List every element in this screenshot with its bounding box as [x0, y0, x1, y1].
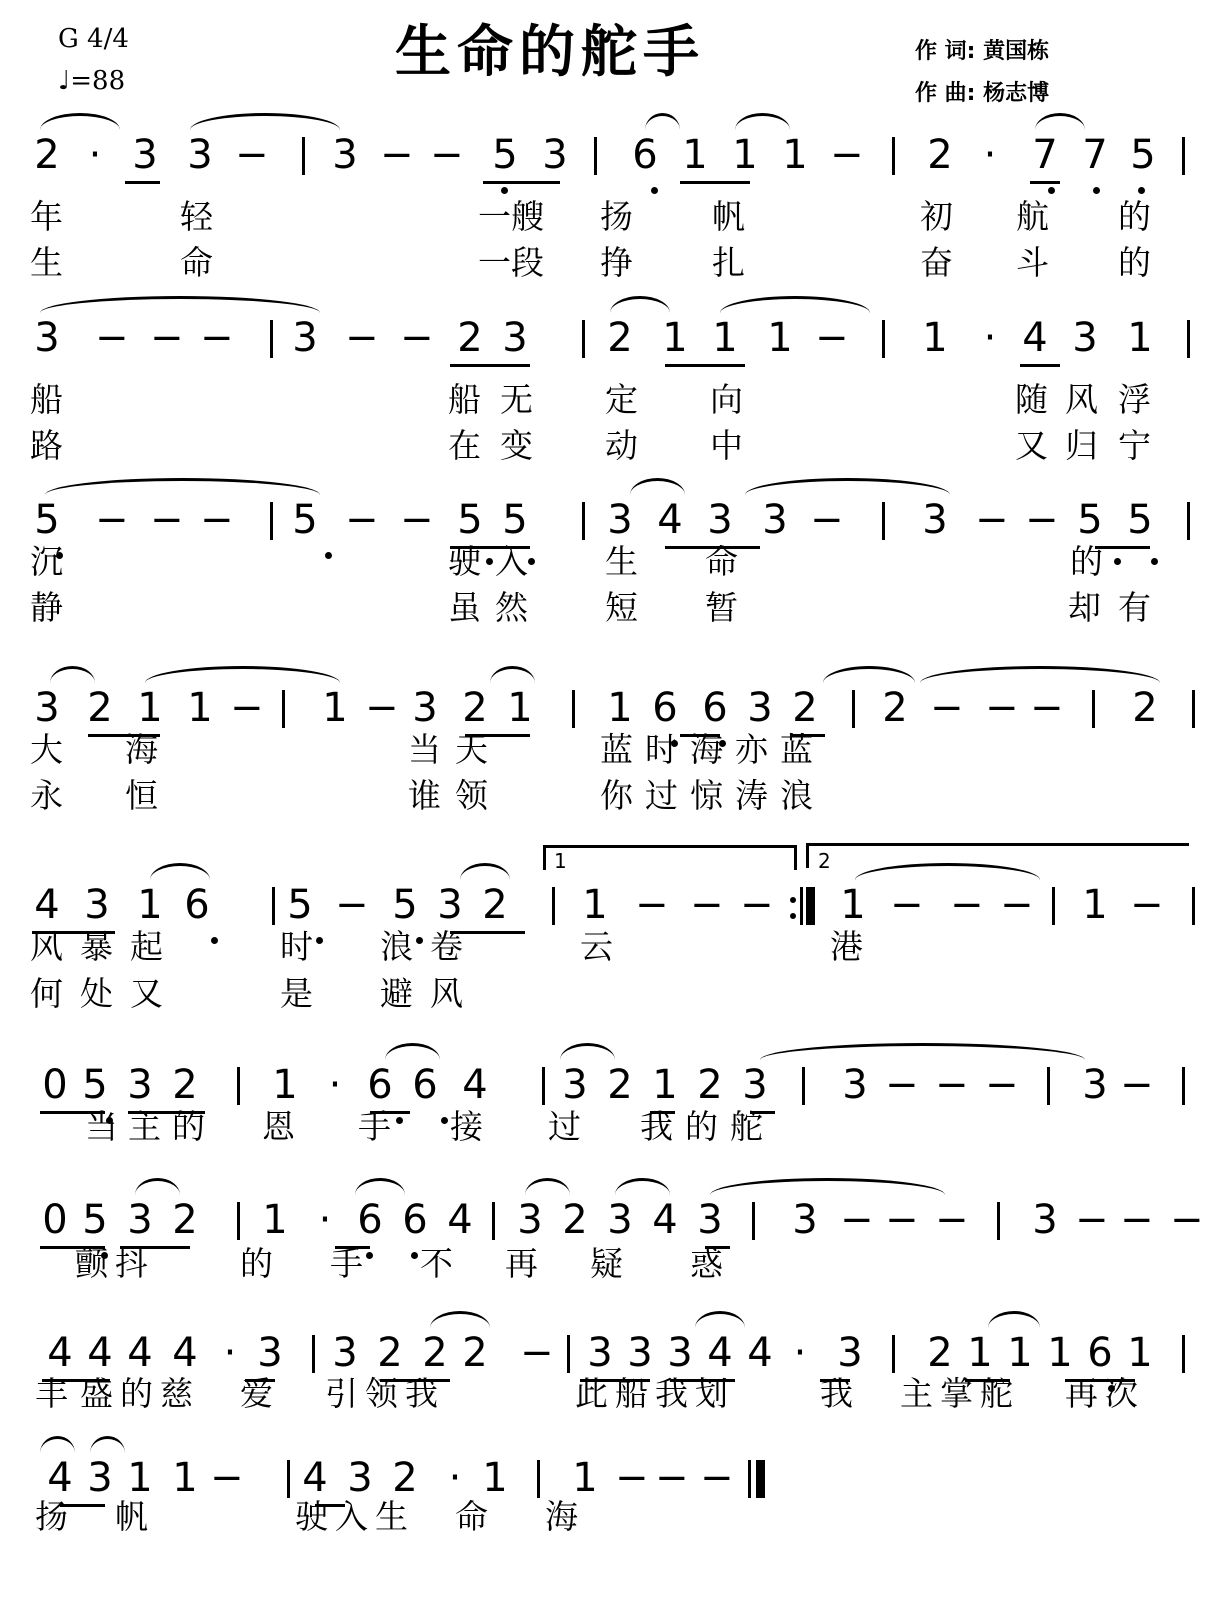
- lyric-syllable: 时: [280, 929, 313, 965]
- lyricist-credit: 作 词: 黄国栋: [915, 34, 1049, 65]
- volta-bracket-1: [543, 845, 797, 870]
- dash-extension: −: [520, 1333, 550, 1373]
- dash-extension: −: [1130, 885, 1160, 925]
- underline-beam: [483, 181, 560, 184]
- lyric-syllable: 沉: [30, 544, 63, 580]
- note: 3: [705, 500, 735, 540]
- slur-arc: [145, 666, 340, 683]
- lyric-syllable: 向: [710, 382, 743, 418]
- lyric-syllable: 引: [325, 1376, 358, 1412]
- note: 3: [82, 885, 112, 925]
- note: 2: [170, 1065, 200, 1105]
- note: 5: [1128, 135, 1158, 175]
- barline: [882, 502, 885, 540]
- lyric-syllable: 船: [30, 382, 63, 418]
- lyric-syllable-verse2: 何: [30, 976, 63, 1012]
- lyric-syllable-verse2: 命: [180, 245, 213, 281]
- slur-arc: [190, 113, 340, 130]
- lyric-syllable: 舵: [980, 1376, 1013, 1412]
- lower-octave-dot: [1048, 187, 1055, 194]
- note: 1: [320, 688, 350, 728]
- note: 6: [365, 1065, 395, 1105]
- barline: [1192, 887, 1195, 925]
- lyric-syllable: 亦: [735, 732, 768, 768]
- lyric-syllable: 命: [705, 544, 738, 580]
- key-signature: G 4/4: [58, 24, 129, 54]
- underline-beam: [1030, 181, 1060, 184]
- slur-arc: [460, 863, 510, 880]
- dash-extension: −: [1030, 688, 1060, 728]
- lyric-syllable-verse2: 的: [1118, 245, 1151, 281]
- note: 1: [660, 318, 690, 358]
- lyric-syllable: 我: [405, 1376, 438, 1412]
- barline: [302, 137, 305, 175]
- slur-arc: [710, 1178, 945, 1195]
- lyric-syllable: 随: [1015, 382, 1048, 418]
- lyric-syllable: 次: [1105, 1376, 1138, 1412]
- note: 3: [605, 500, 635, 540]
- note: 3: [625, 1333, 655, 1373]
- lyric-syllable: 海: [545, 1499, 578, 1535]
- note: 3: [515, 1200, 545, 1240]
- note: 2: [460, 688, 490, 728]
- note: 1: [505, 688, 535, 728]
- lower-octave-dot: [396, 1117, 403, 1124]
- note: 7: [1080, 135, 1110, 175]
- note: 4: [45, 1333, 75, 1373]
- note: 3: [585, 1333, 615, 1373]
- note: 6: [1085, 1333, 1115, 1373]
- lyric-syllable: 年: [30, 199, 63, 235]
- lyric-syllable: 蓝: [780, 732, 813, 768]
- lyric-syllable: 主: [128, 1109, 161, 1145]
- lyric-syllable-verse2: 奋: [920, 245, 953, 281]
- lyric-syllable: 驶: [448, 544, 481, 580]
- barline: [567, 1335, 570, 1373]
- note: 5: [80, 1065, 110, 1105]
- note: 3: [1070, 318, 1100, 358]
- note: 1: [125, 1458, 155, 1498]
- dash-extension: −: [840, 1200, 870, 1240]
- note: 2: [390, 1458, 420, 1498]
- lyric-syllable: 的: [685, 1109, 718, 1145]
- lyric-syllable: 驶: [295, 1499, 328, 1535]
- note: 5: [285, 885, 315, 925]
- underline-beam: [680, 181, 750, 184]
- lower-octave-dot: [1138, 187, 1145, 194]
- note: 2: [790, 688, 820, 728]
- note: 2: [925, 1333, 955, 1373]
- lyric-syllable: 丰: [35, 1376, 68, 1412]
- note: 3: [840, 1065, 870, 1105]
- lower-octave-dot: [441, 1117, 448, 1124]
- dash-extension: −: [335, 885, 365, 925]
- lyric-syllable-verse2: 路: [30, 428, 63, 464]
- augmentation-dot: ·: [310, 1200, 340, 1240]
- dash-extension: −: [235, 135, 265, 175]
- slur-arc: [560, 1043, 615, 1060]
- note: 3: [435, 885, 465, 925]
- note: 1: [185, 688, 215, 728]
- lyric-syllable: 生: [375, 1499, 408, 1535]
- note: 1: [135, 885, 165, 925]
- repeat-barline-thick: [806, 887, 815, 925]
- lyric-syllable-verse2: 又: [1015, 428, 1048, 464]
- dash-extension: −: [380, 135, 410, 175]
- note: 4: [745, 1333, 775, 1373]
- note: 3: [740, 1065, 770, 1105]
- lyric-syllable: 当: [408, 732, 441, 768]
- lyric-syllable: 爱: [240, 1376, 273, 1412]
- slur-arc: [630, 478, 685, 495]
- barline: [572, 690, 575, 728]
- lyric-syllable-verse2: 谁: [408, 778, 441, 814]
- lyric-syllable: 生: [605, 544, 638, 580]
- slur-arc: [90, 1436, 125, 1453]
- dash-extension: −: [985, 1065, 1015, 1105]
- barline: [1092, 690, 1095, 728]
- note: 2: [605, 1065, 635, 1105]
- dash-extension: −: [1025, 500, 1055, 540]
- lyric-syllable: 港: [830, 929, 863, 965]
- note: 6: [650, 688, 680, 728]
- barline: [997, 1202, 1000, 1240]
- lyric-syllable: 天: [455, 732, 488, 768]
- note: 3: [32, 688, 62, 728]
- lyric-syllable: 船: [615, 1376, 648, 1412]
- note: 3: [500, 318, 530, 358]
- lyric-syllable: 再: [1065, 1376, 1098, 1412]
- dash-extension: −: [400, 500, 430, 540]
- barline: [1182, 1335, 1185, 1373]
- dash-extension: −: [615, 1458, 645, 1498]
- slur-arc: [40, 113, 120, 130]
- note: 2: [880, 688, 910, 728]
- dash-extension: −: [200, 318, 230, 358]
- note: 5: [80, 1200, 110, 1240]
- note: 3: [32, 318, 62, 358]
- note: 3: [125, 1065, 155, 1105]
- note: 1: [710, 318, 740, 358]
- note: 3: [125, 1200, 155, 1240]
- lyric-syllable: 帆: [115, 1499, 148, 1535]
- note: 3: [330, 135, 360, 175]
- lyric-syllable-verse2: 又: [130, 976, 163, 1012]
- lyric-syllable-verse2: 涛: [735, 778, 768, 814]
- note: 5: [32, 500, 62, 540]
- note: 3: [255, 1333, 285, 1373]
- underline-beam: [450, 364, 530, 367]
- dash-extension: −: [345, 318, 375, 358]
- barline: [492, 1202, 495, 1240]
- slur-arc: [695, 1311, 745, 1328]
- slur-arc: [610, 296, 670, 313]
- barline: [892, 1335, 895, 1373]
- lyric-syllable: 风: [1065, 382, 1098, 418]
- dash-extension: −: [1000, 885, 1030, 925]
- note: 1: [580, 885, 610, 925]
- note: 4: [170, 1333, 200, 1373]
- note: 3: [835, 1333, 865, 1373]
- lyric-syllable-verse2: 短: [605, 590, 638, 626]
- slur-arc: [40, 296, 320, 313]
- lyric-syllable: 接: [450, 1109, 483, 1145]
- note: 5: [290, 500, 320, 540]
- barline: [582, 502, 585, 540]
- lyric-syllable-verse2: 虽: [448, 590, 481, 626]
- lyric-syllable: 舵: [730, 1109, 763, 1145]
- dash-extension: −: [810, 500, 840, 540]
- dash-extension: −: [230, 688, 260, 728]
- note: 6: [355, 1200, 385, 1240]
- lyric-syllable: 我: [655, 1376, 688, 1412]
- dash-extension: −: [150, 500, 180, 540]
- lyric-syllable-verse2: 动: [605, 428, 638, 464]
- lyric-syllable: 海: [125, 732, 158, 768]
- lyric-syllable-verse2: 过: [645, 778, 678, 814]
- note: 1: [605, 688, 635, 728]
- lyric-syllable: 我: [640, 1109, 673, 1145]
- lyric-syllable: 颤: [75, 1246, 108, 1282]
- note: 4: [445, 1200, 475, 1240]
- note: 2: [455, 318, 485, 358]
- lyric-syllable: 手: [358, 1109, 391, 1145]
- note: 3: [745, 688, 775, 728]
- augmentation-dot: ·: [440, 1458, 470, 1498]
- repeat-dot: [790, 897, 796, 903]
- note: 3: [130, 135, 160, 175]
- note: 2: [480, 885, 510, 925]
- dash-extension: −: [1075, 1200, 1105, 1240]
- lower-octave-dot: [211, 937, 218, 944]
- slur-arc: [40, 1436, 75, 1453]
- dash-extension: −: [400, 318, 430, 358]
- note: 4: [32, 885, 62, 925]
- note: 1: [135, 688, 165, 728]
- note: 3: [290, 318, 320, 358]
- note: 1: [1125, 1333, 1155, 1373]
- underline-beam: [1020, 364, 1060, 367]
- slur-arc: [645, 113, 680, 130]
- score-system: 2·33−3−−536111−2·775: [0, 135, 1228, 185]
- lyric-syllable: 入: [335, 1499, 368, 1535]
- lyric-syllable: 疑: [590, 1246, 623, 1282]
- note: 4: [1020, 318, 1050, 358]
- note: 3: [185, 135, 215, 175]
- lyric-syllable: 浪: [380, 929, 413, 965]
- barline: [852, 690, 855, 728]
- note: 3: [560, 1065, 590, 1105]
- lyric-syllable-verse2: 暂: [705, 590, 738, 626]
- note: 1: [480, 1458, 510, 1498]
- lyric-syllable: 我: [820, 1376, 853, 1412]
- dash-extension: −: [815, 318, 845, 358]
- lower-octave-dot: [651, 187, 658, 194]
- lyric-syllable-verse2: 恒: [125, 778, 158, 814]
- lyric-syllable: 无: [500, 382, 533, 418]
- lyric-syllable-verse2: 却: [1068, 590, 1101, 626]
- note: 2: [460, 1333, 490, 1373]
- underline-beam: [1095, 546, 1150, 549]
- note: 3: [790, 1200, 820, 1240]
- dash-extension: −: [635, 885, 665, 925]
- note: 3: [345, 1458, 375, 1498]
- score-system: 05321·664323433−−−3−−−: [0, 1200, 1228, 1250]
- lyric-syllable-verse2: 扎: [712, 245, 745, 281]
- note: 1: [260, 1200, 290, 1240]
- dash-extension: −: [200, 500, 230, 540]
- lyric-syllable-verse2: 变: [500, 428, 533, 464]
- barline: [1192, 690, 1195, 728]
- dash-extension: −: [830, 135, 860, 175]
- note: 1: [965, 1333, 995, 1373]
- repeat-barline: [800, 887, 803, 925]
- dash-extension: −: [950, 885, 980, 925]
- slur-arc: [150, 863, 210, 880]
- slur-arc: [525, 1178, 570, 1195]
- barline: [272, 887, 275, 925]
- note: 1: [680, 135, 710, 175]
- lower-octave-dot: [528, 558, 535, 565]
- lyric-syllable: 主: [900, 1376, 933, 1412]
- note: 6: [182, 885, 212, 925]
- lyric-syllable: 惑: [690, 1246, 723, 1282]
- dash-extension: −: [740, 885, 770, 925]
- lyric-syllable: 起: [130, 929, 163, 965]
- lyric-syllable-verse2: 有: [1118, 590, 1151, 626]
- lyric-syllable-verse2: 你: [600, 778, 633, 814]
- lyric-syllable: 浮: [1118, 382, 1151, 418]
- tempo-marking: ♩=88: [58, 66, 125, 96]
- volta-number-1: 1: [554, 849, 567, 873]
- barline: [237, 1067, 240, 1105]
- lyric-syllable: 此: [575, 1376, 608, 1412]
- note: 1: [765, 318, 795, 358]
- score-system: 43165−5321−−−1−−−1−12: [0, 885, 1228, 935]
- song-title: 生命的舵手: [395, 8, 705, 88]
- lyric-syllable: 扬: [600, 199, 633, 235]
- volta-bracket-2: [806, 843, 1189, 868]
- underline-beam: [665, 364, 745, 367]
- lyric-syllable: 盛: [80, 1376, 113, 1412]
- augmentation-dot: ·: [785, 1333, 815, 1373]
- barline: [892, 137, 895, 175]
- augmentation-dot: ·: [975, 135, 1005, 175]
- lyric-syllable: 扬: [35, 1499, 68, 1535]
- note: 3: [540, 135, 570, 175]
- dash-extension: −: [95, 500, 125, 540]
- augmentation-dot: ·: [215, 1333, 245, 1373]
- barline: [1187, 320, 1190, 358]
- lyric-syllable: 航: [1016, 199, 1049, 235]
- note: 5: [1125, 500, 1155, 540]
- note: 1: [838, 885, 868, 925]
- lyric-syllable: 卷: [430, 929, 463, 965]
- note: 3: [410, 688, 440, 728]
- lyric-syllable: 海: [690, 732, 723, 768]
- lyric-syllable: 再: [505, 1246, 538, 1282]
- barline: [270, 320, 273, 358]
- note: 0: [40, 1065, 70, 1105]
- lyric-syllable: 定: [605, 382, 638, 418]
- slur-arc: [1035, 113, 1085, 130]
- dash-extension: −: [1120, 1065, 1150, 1105]
- note: 3: [920, 500, 950, 540]
- lyric-syllable-verse2: 斗: [1016, 245, 1049, 281]
- dash-extension: −: [150, 318, 180, 358]
- note: 4: [460, 1065, 490, 1105]
- note: 2: [695, 1065, 725, 1105]
- barline: [312, 1335, 315, 1373]
- note: 3: [605, 1200, 635, 1240]
- lower-octave-dot: [316, 937, 323, 944]
- lyric-syllable: 当: [85, 1109, 118, 1145]
- lyric-syllable-verse2: 浪: [780, 778, 813, 814]
- slur-arc: [430, 1311, 490, 1328]
- note: 4: [85, 1333, 115, 1373]
- dash-extension: −: [935, 1065, 965, 1105]
- barline: [582, 320, 585, 358]
- barline: [537, 1460, 540, 1498]
- note: 7: [1030, 135, 1060, 175]
- barline: [552, 887, 555, 925]
- augmentation-dot: ·: [80, 135, 110, 175]
- dash-extension: −: [1170, 1200, 1200, 1240]
- note: 1: [1005, 1333, 1035, 1373]
- note: 6: [700, 688, 730, 728]
- lyric-syllable-verse2: 风: [430, 976, 463, 1012]
- lyric-syllable: 帆: [712, 199, 745, 235]
- dash-extension: −: [345, 500, 375, 540]
- note: 3: [760, 500, 790, 540]
- lyric-syllable-verse2: 永: [30, 778, 63, 814]
- note: 5: [490, 135, 520, 175]
- slur-arc: [988, 1311, 1040, 1328]
- lyric-syllable-verse2: 然: [495, 590, 528, 626]
- dash-extension: −: [975, 500, 1005, 540]
- repeat-dot: [790, 913, 796, 919]
- dash-extension: −: [365, 688, 395, 728]
- lyric-syllable: 的: [240, 1246, 273, 1282]
- final-barline-thick: [756, 1460, 765, 1498]
- barline: [237, 1202, 240, 1240]
- lyric-syllable: 蓝: [600, 732, 633, 768]
- dash-extension: −: [655, 1458, 685, 1498]
- note: 2: [925, 135, 955, 175]
- composer-credit: 作 曲: 杨志博: [915, 76, 1049, 107]
- note: 2: [85, 688, 115, 728]
- note: 3: [1030, 1200, 1060, 1240]
- lower-octave-dot: [416, 937, 423, 944]
- note: 4: [655, 500, 685, 540]
- slur-arc: [385, 1043, 440, 1060]
- note: 4: [300, 1458, 330, 1498]
- lower-octave-dot: [486, 558, 493, 565]
- slur-arc: [823, 666, 915, 683]
- lyric-syllable-verse2: 领: [455, 778, 488, 814]
- lyric-syllable: 一艘: [478, 199, 544, 235]
- lyric-syllable: 过: [548, 1109, 581, 1145]
- dash-extension: −: [885, 1200, 915, 1240]
- note: 1: [1045, 1333, 1075, 1373]
- note: 2: [170, 1200, 200, 1240]
- note: 1: [570, 1458, 600, 1498]
- lyric-syllable-verse2: 中: [710, 428, 743, 464]
- lyric-syllable: 的: [172, 1109, 205, 1145]
- lower-octave-dot: [1093, 187, 1100, 194]
- lyric-syllable: 初: [920, 199, 953, 235]
- note: 0: [40, 1200, 70, 1240]
